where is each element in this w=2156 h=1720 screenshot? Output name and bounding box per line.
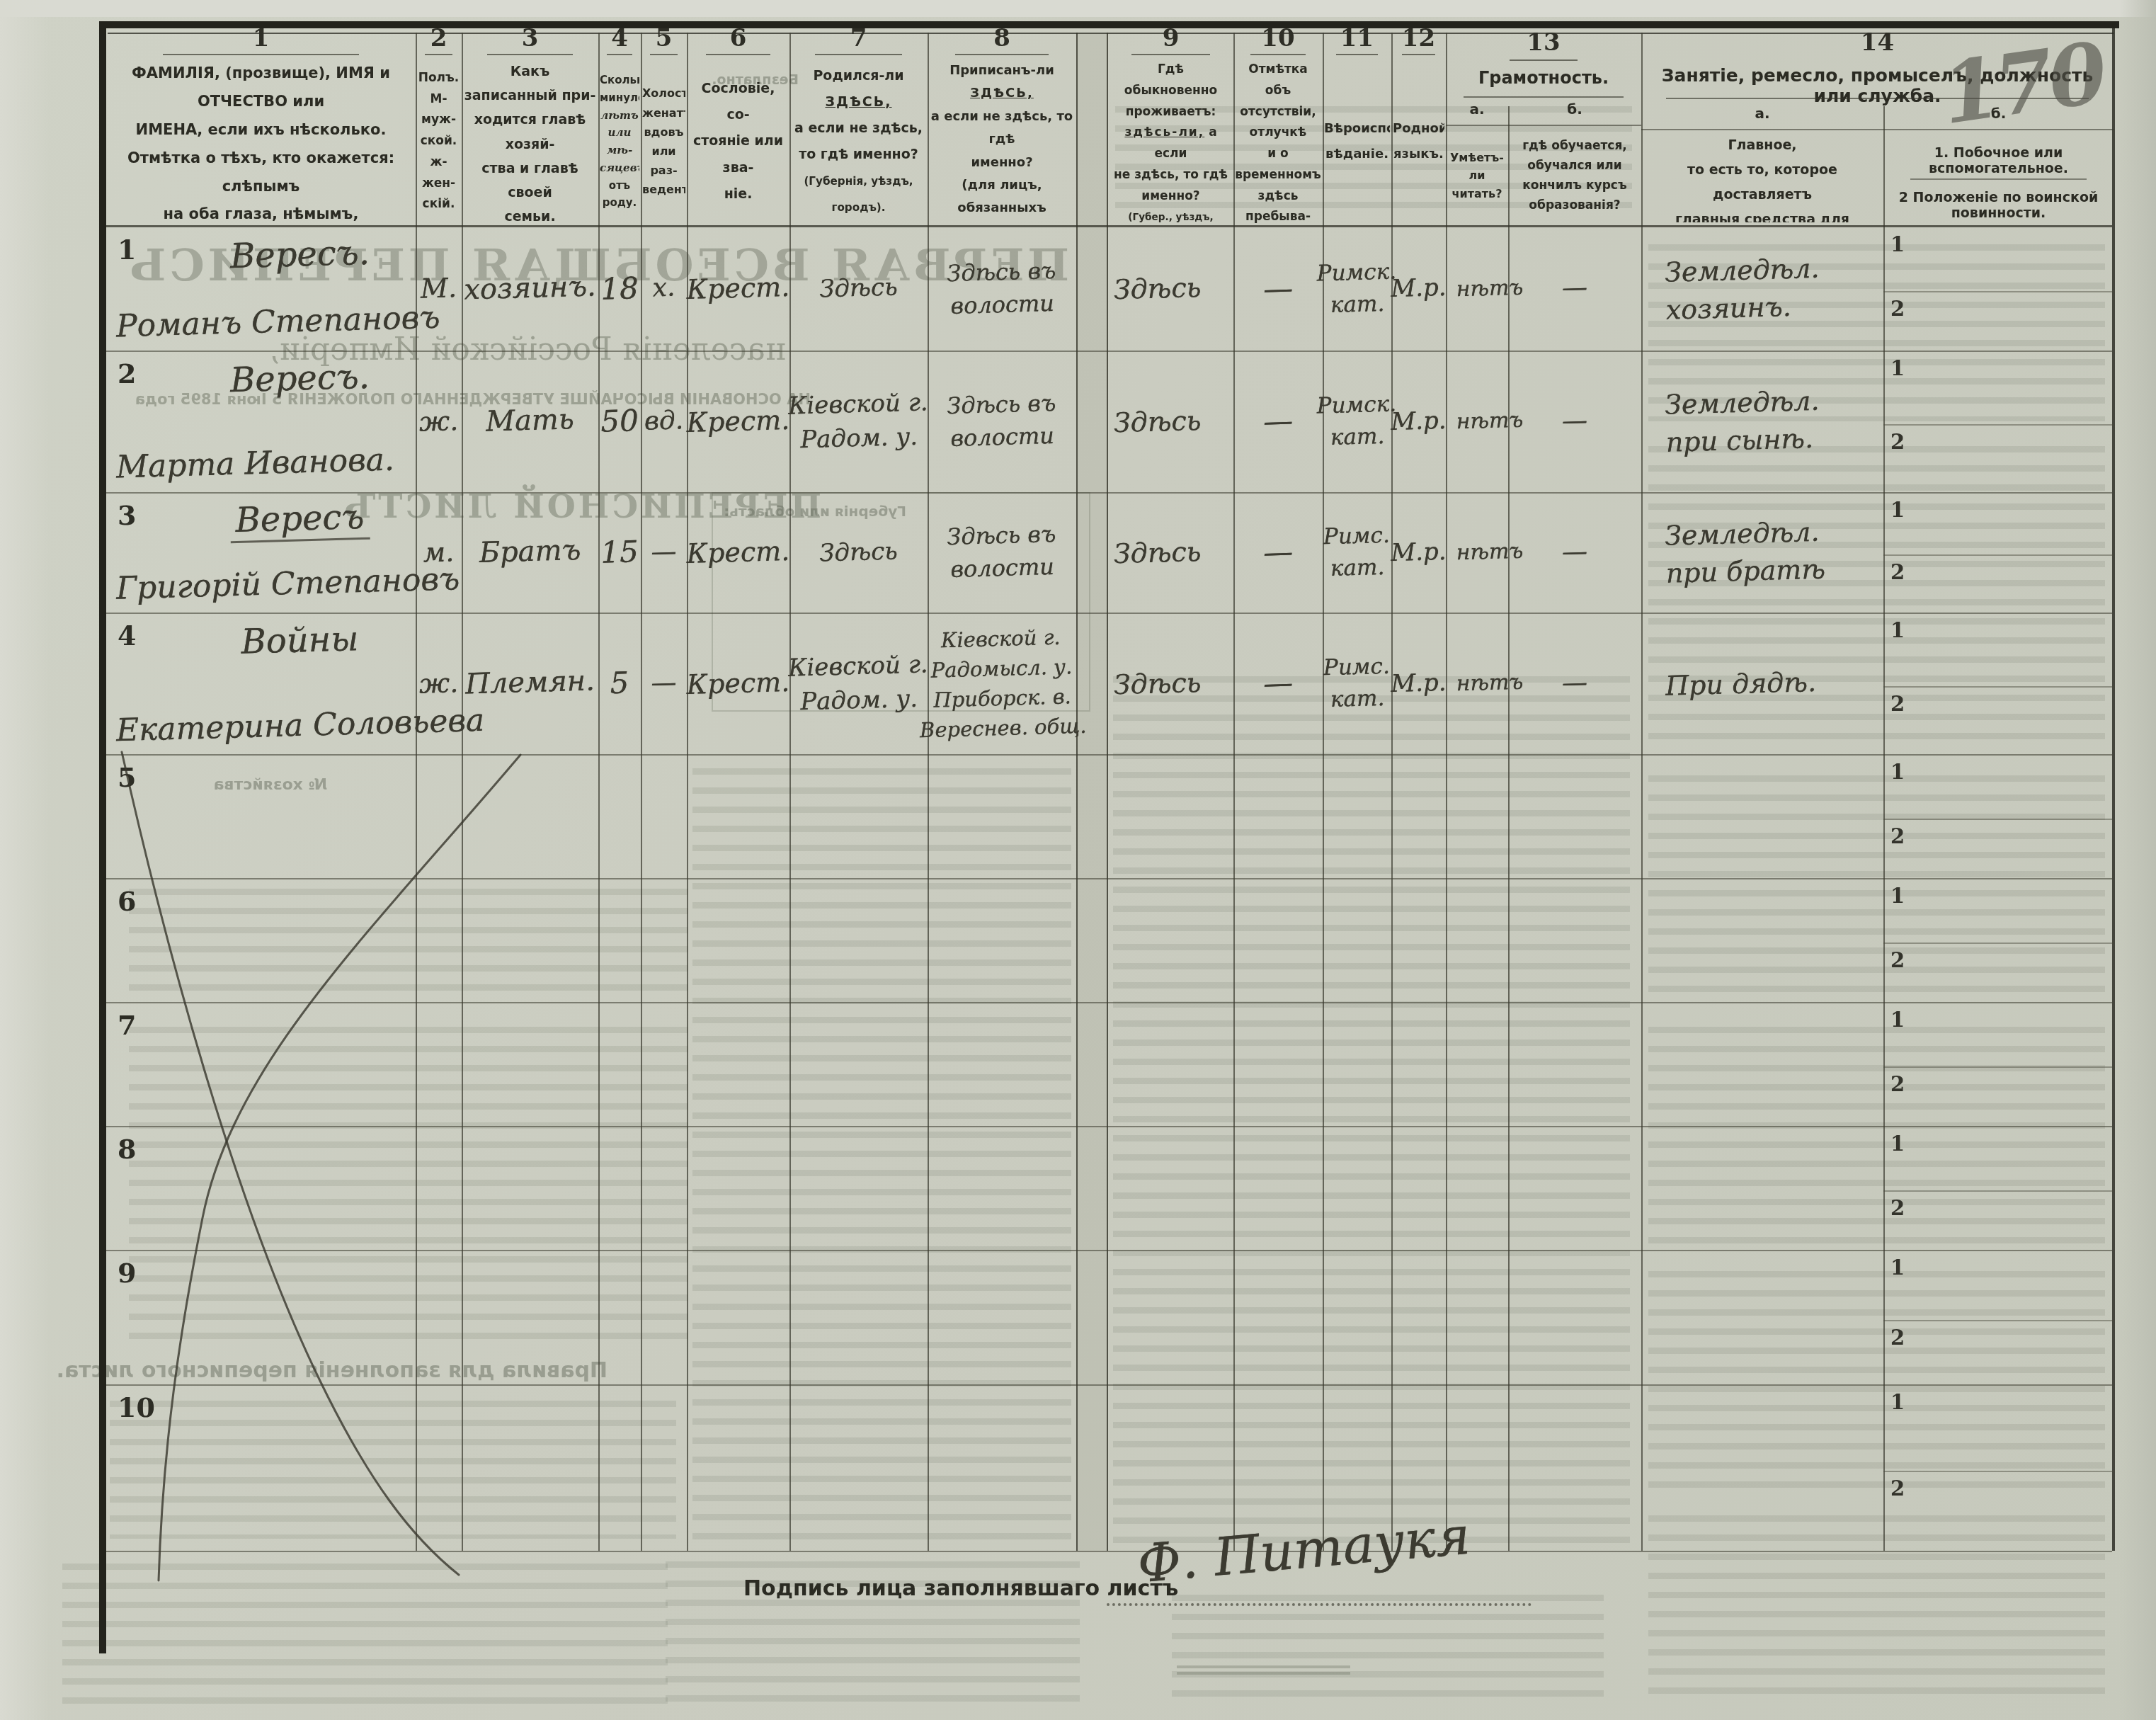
header-label: ФАМИЛІЯ, (прозвище), ИМЯ и ОТЧЕСТВО илиИ… (108, 59, 414, 224)
header-label: Холостъ,женатъ,вдовъили раз-веденъ. (642, 59, 685, 224)
header-cell-c3: 3Какъ записанный при-ходится главѣ хозяй… (463, 24, 597, 224)
header-text-line: сяцевъ (600, 159, 639, 177)
row-1-religion-line: Римск. (1316, 258, 1396, 287)
header-text-line: именно? (929, 152, 1075, 174)
header-text-line: ли (1446, 166, 1508, 185)
header-label: Приписанъ-ли ЗДѢСЬ,а если не здѣсь, то г… (929, 59, 1075, 224)
row-4-birthplace-line: Кіевской г. (788, 650, 929, 683)
header-text-seg: женатъ, (642, 106, 685, 120)
row-3-birthplace-line: Здѣсь (819, 537, 898, 567)
header-text-line: М-муж- (417, 89, 460, 132)
row-3-religion-line: кат. (1330, 554, 1385, 582)
row-4-birthplace: Кіевской г.Радом. у. (787, 610, 930, 756)
row-2-surname: Вересъ. (105, 351, 416, 409)
header-text-seg: ФАМИЛІЯ, (прозвище), ИМЯ и ОТЧЕСТВО или (132, 64, 390, 110)
row-4-estate: Крест. (685, 611, 792, 756)
row-2-given-name: Марта Иванова. (115, 442, 394, 486)
header-label: Гдѣ обыкновеннопроживаетъ:здѣсь-ли, а ес… (1110, 59, 1232, 224)
row-2-language-line: М.р. (1391, 406, 1447, 436)
row-2-religion: Римск.кат. (1321, 350, 1393, 494)
bleedthrough-paragraph (692, 768, 1071, 1540)
bleedthrough-paragraph (1172, 1595, 1604, 1697)
header-text-line: Умѣетъ- (1446, 149, 1508, 167)
row-1-absence-mark: — (1232, 225, 1325, 351)
row-2-occupation-line: при сынѣ. (1665, 423, 1813, 459)
header-text-seg: не здѣсь, то гдѣ (1114, 168, 1228, 182)
row-3-residence-line: Здѣсь (1113, 535, 1201, 569)
row-3-religion: Римс.кат. (1321, 491, 1393, 614)
c14b-mark-2: 2 (1890, 1196, 1905, 1220)
header-text-line: и о временномъ (1235, 144, 1321, 186)
header-text-line: ходится главѣ хозяй- (463, 108, 597, 156)
row-2-religion-line: кат. (1330, 423, 1385, 451)
header-label: Какъ записанный при-ходится главѣ хозяй-… (463, 59, 597, 224)
header-text-seg: М-муж- (421, 92, 456, 127)
c14b-mid-divider (1883, 1320, 2114, 1321)
row-1-registration-line: Здѣсь въ (947, 258, 1056, 287)
header-text-line: отъ роду. (600, 177, 639, 212)
header-c13-title: Грамотность. (1446, 68, 1641, 88)
c14b-mid-divider (1883, 1190, 2114, 1192)
row-4-religion: Римс.кат. (1321, 612, 1393, 756)
header-text-seg: (Губернія, уѣздъ, городъ). (804, 175, 913, 214)
row-divider (106, 1384, 2112, 1386)
header-text-seg: Какъ записанный при- (464, 64, 596, 103)
row-2-registration-line: Здѣсь въ (947, 390, 1056, 420)
header-text-line: Полъ. (417, 68, 460, 89)
row-1-residence: Здѣсь (1107, 225, 1236, 353)
header-cell-c5: 5Холостъ,женатъ,вдовъили раз-веденъ. (642, 24, 685, 224)
c14b-mark-2: 2 (1890, 1072, 1905, 1096)
bleedthrough-paragraph (129, 1027, 688, 1342)
row-3-registration-line: волости (950, 554, 1054, 583)
row-1-education-line: — (1561, 273, 1587, 304)
column-number: 3 (522, 24, 539, 52)
row-1-age-line: 18 (600, 270, 639, 307)
row-4-language-line: М.р. (1391, 668, 1447, 698)
header-text-line: ства и главѣ своей (463, 156, 597, 205)
header-text-line: проживаетъ: (1110, 102, 1232, 123)
header-text-line: (Губер., уѣздъ, городъ). (1110, 207, 1232, 224)
column-number-rule (607, 54, 632, 55)
header-text-line: или мѣ- (600, 124, 639, 159)
row-2-occupation-line: Земледѣл. (1665, 385, 1820, 421)
header-label: Сколькоминулолѣтъили мѣ-сяцевъотъ роду. (600, 59, 639, 224)
header-text-seg: гдѣ обучается, (1522, 139, 1627, 153)
c14b-mark-1: 1 (1890, 618, 1905, 642)
row-4-absence-mark: — (1231, 611, 1325, 755)
row-3-absence-mark: — (1232, 491, 1325, 613)
c14b-mark-1: 1 (1890, 1390, 1905, 1414)
row-4-birthplace-line: Радом. у. (800, 685, 918, 717)
row-1-education: — (1507, 224, 1643, 352)
row-divider (106, 1002, 2112, 1003)
column-number: 7 (850, 24, 867, 52)
header-c13b-rule (1508, 125, 1641, 126)
header-label: Полъ.М-муж-ской.ж-жен-скій. (417, 59, 460, 224)
fold-crease (1076, 33, 1108, 1551)
row-1-sex-line: М. (420, 272, 457, 304)
header-cell-c13b: гдѣ обучается,обучался иликончилъ курсъо… (1508, 129, 1641, 222)
c14b-mark-1: 1 (1890, 884, 1905, 908)
column-number-rule (815, 54, 901, 55)
header-text-line: (для лицъ, обязанныхъ (929, 174, 1075, 220)
header-c13-title-rule (1464, 96, 1624, 98)
row-3-birthplace: Здѣсь (788, 490, 930, 614)
column-number-rule (1402, 54, 1435, 55)
header-text-line: на оба глаза, нѣмымъ, глухонѣмымъ или (108, 200, 414, 224)
header-cell-c13a: Умѣетъ-личитать? (1446, 129, 1508, 222)
header-text-line: ИМЕНА, если ихъ нѣсколько. (108, 116, 414, 144)
header-cell-c8: 8Приписанъ-ли ЗДѢСЬ,а если не здѣсь, то … (929, 24, 1075, 224)
row-3-marital: — (639, 491, 689, 613)
row-1-estate-line: Крест. (686, 271, 790, 306)
row-4-education-line: — (1561, 668, 1587, 698)
header-text-seg: вдовъ (644, 125, 683, 139)
column-number: 10 (1261, 24, 1294, 52)
header-label: Сословіе, со-стояніе или зва-ніе. (688, 59, 788, 224)
header-text-line: минуло (600, 89, 639, 107)
row-1-marital-line: х. (652, 273, 675, 304)
header-text-line: то есть то, которое доставляетъ (1645, 158, 1879, 207)
row-2-language: М.р. (1389, 350, 1448, 493)
header-text-seg: ИМЕНА, если ихъ нѣсколько. (136, 121, 387, 138)
bleedthrough-rules-heading: Правила для заполненія переписного листа… (140, 1358, 608, 1383)
row-3-occupation-line: при братѣ (1665, 554, 1825, 590)
c14b-mark-1: 1 (1890, 760, 1905, 784)
header-text-seg: отъ роду. (603, 179, 637, 210)
row-1-surname: Вересъ. (105, 227, 416, 285)
row-number: 7 (118, 1009, 136, 1041)
column-number: 9 (1163, 24, 1180, 52)
row-2-marital: вд. (639, 350, 689, 493)
header-text-seg: или мѣ- (607, 126, 632, 156)
header-text-line: Гдѣ обыкновенно (1110, 59, 1232, 102)
column-number: 2 (430, 24, 447, 52)
row-number: 9 (118, 1257, 136, 1289)
header-cell-c4: 4Сколькоминулолѣтъили мѣ-сяцевъотъ роду. (600, 24, 639, 224)
header-text-line: кончилъ курсъ (1508, 176, 1641, 195)
header-text-seg: Сколько (600, 74, 639, 86)
row-1-relation: хозяинъ. (460, 224, 600, 352)
column-number-rule (1510, 59, 1578, 61)
header-text-line: образованія? (1508, 195, 1641, 215)
header-text-seg: ЗДѢСЬ, (970, 86, 1034, 101)
row-1-relation-line: хозяинъ. (464, 270, 597, 307)
row-2-estate-line: Крест. (686, 404, 790, 439)
header-text-line: Какъ записанный при- (463, 59, 597, 108)
column-number-rule (487, 54, 573, 55)
row-4-marital-line: — (651, 668, 677, 698)
row-4-registration-line: Вереснев. общ. (920, 714, 1087, 743)
header-cell-c10: 10Отмѣтка объотсутствіи, отлучкѣи о врем… (1235, 24, 1321, 224)
row-4-residence-line: Здѣсь (1113, 666, 1201, 700)
row-4-relation-line: Племян. (465, 665, 595, 702)
header-text-line: Отмѣтка о тѣхъ, кто окажется: слѣпымъ (108, 144, 414, 201)
row-1-marital: х. (639, 226, 689, 351)
row-2-birthplace: Кіевской г.Радом. у. (787, 348, 930, 494)
column-number-rule (425, 54, 452, 55)
header-cell-c6: 6Сословіе, со-стояніе или зва-ніе. (688, 24, 788, 224)
surname-text: Вересъ. (229, 356, 370, 400)
row-1-occupation-line: Земледѣл. (1665, 252, 1820, 288)
header-text-line: не здѣсь, то гдѣ (1110, 165, 1232, 186)
bleedthrough-paragraph (110, 1401, 676, 1539)
header-text-seg: ніе. (724, 186, 753, 202)
header-text-line: Холостъ, (642, 84, 685, 103)
header-text-seg: ской. (421, 134, 457, 148)
row-3-age: 15 (597, 491, 643, 613)
c14b-mid-divider (1883, 554, 2114, 556)
header-text-seg: Отмѣтка объ (1248, 62, 1308, 98)
header-text-seg: (Губер., уѣздъ, городъ). (1128, 212, 1213, 224)
header-c14b2-label: 2 Положеніе по воинской повинности. (1883, 190, 2114, 221)
header-text-seg: на оба глаза, нѣмымъ, глухонѣмымъ или (164, 205, 359, 224)
row-4-sex-line: ж. (418, 667, 459, 700)
row-number: 10 (118, 1391, 155, 1423)
header-text-seg: Полъ. (418, 71, 460, 85)
header-text-line: Приписанъ-ли ЗДѢСЬ, (929, 59, 1075, 106)
header-text-line: ФАМИЛІЯ, (прозвище), ИМЯ и ОТЧЕСТВО или (108, 59, 414, 116)
header-text-line: именно? (1110, 186, 1232, 207)
c14b-mid-divider (1883, 819, 2114, 820)
header-text-line: Вѣроиспо- (1324, 116, 1390, 142)
header-text-line: семьи. (463, 205, 597, 224)
header-text-seg: или раз- (650, 144, 677, 177)
c14b-mark-2: 2 (1890, 1476, 1905, 1500)
header-text-seg: языкъ. (1393, 147, 1444, 161)
row-2-education: — (1506, 348, 1643, 494)
header-c13a-label: а. (1446, 101, 1508, 118)
header-text-seg: Умѣетъ- (1450, 151, 1504, 164)
header-text-line: Главное, (1645, 133, 1879, 158)
row-4-language: М.р. (1389, 612, 1448, 755)
bleedthrough-paragraph (1648, 1515, 2105, 1707)
header-text-line: (Губернія, уѣздъ, городъ). (791, 168, 926, 220)
row-4-sex: ж. (413, 612, 464, 755)
c14b-mark-2: 2 (1890, 560, 1905, 584)
row-2-religion-line: Римск. (1316, 392, 1396, 420)
header-text-seg: сяцевъ (600, 161, 639, 174)
header-text-line: гдѣ обучается, (1508, 136, 1641, 156)
row-2-age: 50 (596, 350, 643, 493)
header-text-line: здѣсь пребыва- (1235, 186, 1321, 224)
c14b-mid-divider (1883, 291, 2114, 292)
header-text-line: читать? (1446, 185, 1508, 203)
header-label: Вѣроиспо-вѣданіе. (1324, 59, 1390, 224)
column-number: 12 (1402, 24, 1435, 52)
header-text-line: главныя средства для существованія. (1645, 207, 1879, 222)
row-number: 8 (118, 1133, 136, 1165)
row-1-residence-line: Здѣсь (1113, 272, 1201, 306)
header-cell-c9: 9Гдѣ обыкновеннопроживаетъ:здѣсь-ли, а е… (1110, 24, 1232, 224)
header-text-seg: именно? (971, 155, 1032, 170)
row-2-absence-mark-line: — (1262, 404, 1293, 440)
row-1-birthplace-line: Здѣсь (819, 273, 898, 304)
row-3-surname: Вересъ (105, 492, 416, 550)
header-text-seg: то гдѣ именно? (799, 147, 918, 162)
row-1-religion: Римск.кат. (1321, 226, 1393, 352)
header-text-seg: то есть то, которое доставляетъ (1687, 162, 1837, 203)
column-number: 11 (1340, 24, 1374, 52)
header-text-line: Сословіе, со- (688, 76, 788, 128)
header-cell-c1: 1ФАМИЛІЯ, (прозвище), ИМЯ и ОТЧЕСТВО или… (108, 24, 414, 224)
header-text-seg: читать? (1452, 187, 1502, 200)
header-text-seg: семьи. (504, 209, 555, 224)
header-text-seg: а если не здѣсь, то гдѣ (931, 109, 1073, 147)
header-text-seg: отсутствіи, отлучкѣ (1240, 105, 1316, 140)
header-text-line: припискою). (929, 220, 1075, 224)
row-3-occupation-line: Земледѣл. (1665, 516, 1820, 552)
row-2-residence-line: Здѣсь (1113, 404, 1201, 438)
row-4-registration: Кіевской г.Радомысл. у.Приборск. в.Верес… (925, 610, 1078, 756)
column-number-rule (1250, 54, 1306, 55)
row-number: 6 (118, 885, 136, 917)
row-3-language-line: М.р. (1391, 537, 1447, 567)
header-text-line: языкъ. (1393, 142, 1444, 167)
c14b-mark-2: 2 (1890, 297, 1905, 321)
bleedthrough-paragraph (129, 889, 688, 991)
header-text-line: ж-жен- (417, 152, 460, 195)
c14b-mid-divider (1883, 942, 2114, 944)
header-label: Роднойязыкъ. (1393, 59, 1444, 224)
row-2-absence-mark: — (1231, 349, 1325, 493)
header-text-seg: главныя средства для существованія. (1675, 212, 1849, 222)
header-label: Отмѣтка объотсутствіи, отлучкѣи о времен… (1235, 59, 1321, 224)
c14b-mid-divider (1883, 1471, 2114, 1472)
column-number: 13 (1446, 28, 1641, 57)
header-label: гдѣ обучается,обучался иликончилъ курсъо… (1508, 129, 1641, 222)
row-4-occupation: При дядѣ. (1639, 609, 1885, 757)
row-1-registration: Здѣсь въволости (926, 224, 1078, 353)
row-4-marital: — (639, 612, 689, 755)
row-3-absence-mark-line: — (1262, 535, 1293, 571)
row-2-sex-line: ж. (418, 405, 459, 438)
header-text-line: лѣтъ (600, 107, 639, 125)
header-text-seg: Холостъ, (642, 86, 685, 100)
header-text-line: ніе. (688, 181, 788, 207)
header-text-seg: именно? (1141, 189, 1199, 203)
row-2-registration-line: волости (950, 423, 1054, 452)
row-4-age: 5 (596, 612, 643, 755)
row-2-age-line: 50 (600, 403, 639, 439)
header-text-seg: Родной (1393, 121, 1444, 136)
header-text-seg: стояніе или зва- (693, 133, 783, 175)
header-c14b1-label: 1. Побочное или вспомогательное. (1883, 145, 2114, 176)
header-text-line: обучался или (1508, 156, 1641, 176)
row-4-registration-line: Приборск. в. (933, 684, 1071, 712)
row-1-age: 18 (597, 226, 643, 351)
row-3-estate: Крест. (685, 491, 792, 614)
row-1-registration-line: волости (950, 290, 1054, 319)
header-text-seg: ж-жен- (422, 155, 455, 190)
row-divider (106, 1126, 2112, 1127)
header-c13b-label: б. (1508, 101, 1641, 118)
scan-edge-right (2119, 0, 2156, 1720)
header-text-seg: проживаетъ: (1126, 105, 1216, 119)
header-text-line: ской. (417, 131, 460, 152)
header-cell-c2: 2Полъ.М-муж-ской.ж-жен-скій. (417, 24, 460, 224)
row-1-religion-line: кат. (1330, 290, 1385, 318)
header-text-line: женатъ, (642, 103, 685, 123)
row-3-relation: Братъ (460, 490, 600, 614)
header-text-seg: веденъ. (642, 183, 685, 196)
row-3-sex-line: м. (423, 536, 455, 569)
header-text-line: вдовъ (642, 123, 685, 142)
header-c14a-label: а. (1641, 105, 1883, 122)
header-text-seg: ходится главѣ хозяй- (474, 112, 586, 152)
row-4-registration-line: Радомысл. у. (930, 654, 1072, 683)
header-cell-c11: 11Вѣроиспо-вѣданіе. (1324, 24, 1390, 224)
printer-imprint (1177, 1665, 1350, 1677)
row-3-language: М.р. (1390, 491, 1448, 613)
row-1-occupation-line: хозяинъ. (1665, 290, 1791, 326)
header-text-seg: здѣсь-ли, (1124, 125, 1204, 139)
row-2-marital-line: вд. (644, 406, 683, 437)
row-2-sex: ж. (413, 350, 464, 493)
row-3-education: — (1507, 490, 1643, 614)
table-left-border (99, 21, 106, 1653)
row-3-occupation: Земледѣл.при братѣ (1640, 489, 1886, 615)
row-4-education: — (1506, 610, 1643, 756)
row-2-estate: Крест. (685, 349, 792, 494)
header-text-line: а если не здѣсь, то гдѣ (929, 106, 1075, 152)
row-2-birthplace-line: Радом. у. (800, 423, 918, 455)
row-4-registration-line: Кіевской г. (941, 625, 1061, 652)
row-1-occupation: Земледѣл.хозяинъ. (1640, 223, 1886, 353)
header-label: Главное,то есть то, которое доставляетъг… (1645, 133, 1879, 222)
row-4-estate-line: Крест. (686, 666, 790, 701)
header-text-line: отсутствіи, отлучкѣ (1235, 102, 1321, 144)
header-c14b-mid-rule (1910, 178, 2087, 180)
header-text-seg: скій. (423, 197, 455, 211)
header-text-seg: а если не здѣсь, (794, 120, 923, 136)
header-text-seg: вѣданіе. (1325, 147, 1388, 161)
row-2-relation: Мать (460, 348, 600, 494)
column-number: 1 (253, 24, 270, 52)
c14b-mark-1: 1 (1890, 356, 1905, 380)
header-text-seg: здѣсь пребыва- (1245, 189, 1311, 224)
surname-text: Вересъ. (229, 232, 370, 276)
column-number: 6 (730, 24, 747, 52)
header-text-line: здѣсь-ли, а если (1110, 123, 1232, 165)
row-2-occupation: Земледѣл.при сынѣ. (1639, 347, 1885, 495)
row-3-relation-line: Братъ (479, 534, 581, 570)
row-1-language-line: М.р. (1391, 273, 1447, 303)
header-text-seg: ЗДѢСЬ, (825, 94, 891, 110)
header-text-seg: ства и главѣ своей (481, 161, 578, 200)
row-1-language: М.р. (1390, 226, 1448, 351)
row-4-occupation-line: При дядѣ. (1665, 666, 1816, 702)
column-number-rule (1336, 54, 1379, 55)
header-text-seg: Главное, (1728, 137, 1796, 153)
row-4-age-line: 5 (610, 666, 629, 701)
row-1-absence-mark-line: — (1262, 270, 1293, 307)
header-text-line: скій. (417, 194, 460, 215)
header-cell-c14a: Главное,то есть то, которое доставляетъг… (1645, 133, 1879, 222)
header-text-seg: минуло (600, 91, 639, 104)
row-3-marital-line: — (651, 537, 677, 567)
fold-line-left (1076, 33, 1078, 1551)
header-text-line: Отмѣтка объ (1235, 59, 1321, 102)
header-text-seg: ли (1469, 169, 1485, 182)
column-number: 4 (611, 24, 628, 52)
column-number: 8 (993, 24, 1010, 52)
c14b-mark-2: 2 (1890, 824, 1905, 848)
row-4-surname: Войны (105, 613, 416, 671)
row-1-birthplace: Здѣсь (788, 224, 930, 352)
header-text-line: вѣданіе. (1324, 142, 1390, 167)
